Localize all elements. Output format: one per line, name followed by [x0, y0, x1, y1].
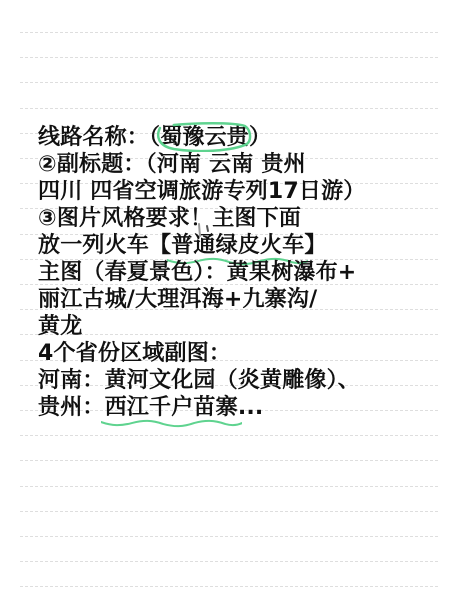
ruled-line [20, 435, 438, 436]
ruled-line [20, 32, 438, 33]
note-content: 线路名称：（蜀豫云贵） ②副标题：（河南 云南 贵州 四川 四省空调旅游专列17… [38, 124, 438, 421]
note-page: 线路名称：（蜀豫云贵） ②副标题：（河南 云南 贵州 四川 四省空调旅游专列17… [0, 0, 459, 600]
ruled-line [20, 511, 438, 512]
style-requirement-line: ③图片风格要求！主图下面 [38, 205, 438, 232]
main-image-line-3: 黄龙 [38, 313, 438, 340]
guizhou-highlight: 西江千户苗寨 [105, 394, 238, 421]
ruled-line [20, 486, 438, 487]
ruled-line [20, 460, 438, 461]
route-name-close: ） [249, 125, 271, 150]
subtitle-text-1: ②副标题：（河南 云南 贵州 [38, 152, 306, 177]
guizhou-place: 西江千户苗寨 [105, 395, 238, 420]
ruled-line [20, 586, 438, 587]
subtitle-line-2: 四川 四省空调旅游专列17日游） [38, 178, 438, 205]
style-requirement-text: ③图片风格要求！主图下面 [38, 206, 301, 231]
henan-text: 河南：黄河文化园（炎黄雕像）、 [38, 368, 360, 393]
guizhou-ellipsis: ... [238, 395, 264, 420]
train-line: 放一列火车【普通绿皮火车】 [38, 232, 438, 259]
main-image-text-3: 黄龙 [38, 314, 82, 339]
main-image-line-2: 丽江古城/大理洱海+九寨沟/ [38, 286, 438, 313]
train-type: 普通绿皮火车 [171, 233, 304, 258]
ruled-line [20, 57, 438, 58]
ruled-line [20, 536, 438, 537]
main-image-text-2: 丽江古城/大理洱海+九寨沟/ [38, 287, 317, 312]
train-highlight: 普通绿皮火车 [171, 232, 304, 259]
sub-images-heading: 4个省份区域副图： [38, 340, 438, 367]
train-text-suffix: 】 [304, 233, 326, 258]
ruled-line [20, 561, 438, 562]
main-image-text-1: 主图（春夏景色）：黄果树瀑布+ [38, 260, 356, 285]
ruled-line [20, 108, 438, 109]
guizhou-label: 贵州： [38, 395, 105, 420]
main-image-line-1: 主图（春夏景色）：黄果树瀑布+ [38, 259, 438, 286]
train-text-prefix: 放一列火车【 [38, 233, 171, 258]
route-name-label: 线路名称：（ [38, 125, 160, 150]
sub-images-heading-text: 4个省份区域副图： [38, 341, 231, 366]
guizhou-line: 贵州：西江千户苗寨... [38, 394, 438, 421]
route-name-value: 蜀豫云贵 [160, 125, 249, 150]
route-name-line: 线路名称：（蜀豫云贵） [38, 124, 438, 151]
subtitle-text-2: 四川 四省空调旅游专列17日游） [38, 179, 365, 204]
subtitle-line-1: ②副标题：（河南 云南 贵州 [38, 151, 438, 178]
ruled-line [20, 82, 438, 83]
route-name-highlight: 蜀豫云贵 [160, 124, 249, 151]
henan-line: 河南：黄河文化园（炎黄雕像）、 [38, 367, 438, 394]
